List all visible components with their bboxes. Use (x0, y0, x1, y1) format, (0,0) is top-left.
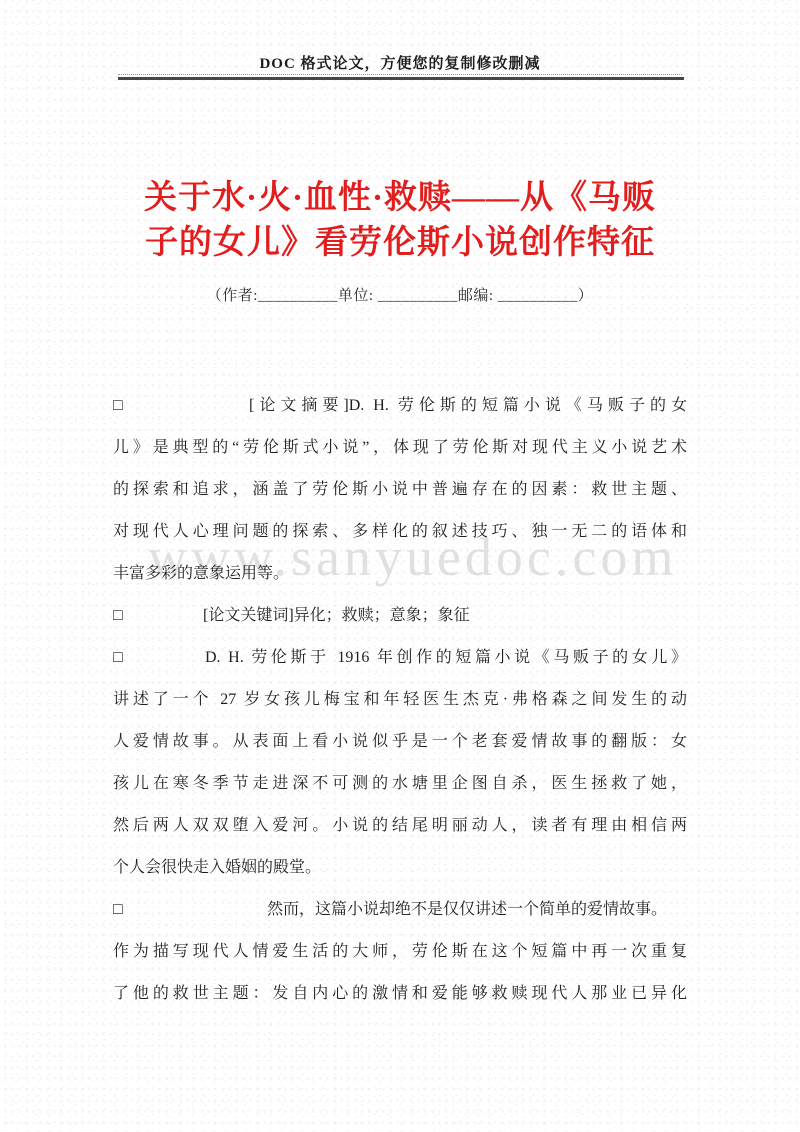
body-line: 孩儿在寒冬季节走进深不可测的水塘里企图自杀，医生拯救了她， (113, 763, 687, 805)
placeholder-box-glyph: □ (113, 595, 137, 637)
body-line: 个人会很快走入婚姻的殿堂。 (113, 847, 687, 889)
body-line-text: 然后两人双双堕入爱河。小说的结尾明丽动人，读者有理由相信两 (113, 817, 687, 834)
body-line-text: [论文摘要]D. H. 劳伦斯的短篇小说《马贩子的女 (249, 397, 687, 414)
paper-title-line-1: 关于水·火·血性·救赎——从《马贩 (0, 176, 800, 221)
header-rule-solid (118, 77, 684, 80)
body-line: 了他的救世主题：发自内心的激情和爱能够救赎现代人那业已异化 (113, 973, 687, 1015)
tab-space (137, 619, 203, 620)
body-line: 然后两人双双堕入爱河。小说的结尾明丽动人，读者有理由相信两 (113, 805, 687, 847)
body-line: 对现代人心理问题的探索、多样化的叙述技巧、独一无二的语体和 (113, 511, 687, 553)
placeholder-box-glyph: □ (113, 637, 137, 679)
body-text: □[论文摘要]D. H. 劳伦斯的短篇小说《马贩子的女儿》是典型的“劳伦斯式小说… (113, 385, 687, 1015)
placeholder-box-glyph: □ (113, 889, 137, 931)
tab-space (137, 913, 267, 914)
body-line-text: 讲述了一个 27 岁女孩儿梅宝和年轻医生杰克·弗格森之间发生的动 (113, 691, 687, 708)
body-line: □D. H. 劳伦斯于 1916 年创作的短篇小说《马贩子的女儿》 (113, 637, 687, 679)
body-line-text: 个人会很快走入婚姻的殿堂。 (113, 859, 321, 876)
header-rule-dotted (118, 74, 682, 75)
body-line: □[论文关键词]异化；救赎；意象；象征 (113, 595, 687, 637)
body-line-text: 然而，这篇小说却绝不是仅仅讲述一个简单的爱情故事。 (267, 901, 667, 918)
body-line: 的探索和追求，涵盖了劳伦斯小说中普遍存在的因素：救世主题、 (113, 469, 687, 511)
body-line-text: 对现代人心理问题的探索、多样化的叙述技巧、独一无二的语体和 (113, 523, 687, 540)
body-line-text: 的探索和追求，涵盖了劳伦斯小说中普遍存在的因素：救世主题、 (113, 481, 687, 498)
body-line: 儿》是典型的“劳伦斯式小说”，体现了劳伦斯对现代主义小说艺术 (113, 427, 687, 469)
placeholder-box-glyph: □ (113, 385, 137, 427)
body-line: 人爱情故事。从表面上看小说似乎是一个老套爱情故事的翻版：女 (113, 721, 687, 763)
body-line-text: 人爱情故事。从表面上看小说似乎是一个老套爱情故事的翻版：女 (113, 733, 687, 750)
author-affiliation-line: （作者:__________单位: __________邮编: ________… (0, 284, 800, 305)
body-line-text: D. H. 劳伦斯于 1916 年创作的短篇小说《马贩子的女儿》 (205, 649, 687, 666)
body-line: □然而，这篇小说却绝不是仅仅讲述一个简单的爱情故事。 (113, 889, 687, 931)
body-line-text: 作为描写现代人情爱生活的大师，劳伦斯在这个短篇中再一次重复 (113, 943, 687, 960)
paper-title-line-2: 子的女儿》看劳伦斯小说创作特征 (0, 221, 800, 266)
body-line-text: [论文关键词]异化；救赎；意象；象征 (203, 607, 470, 624)
body-line-text: 了他的救世主题：发自内心的激情和爱能够救赎现代人那业已异化 (113, 985, 687, 1002)
tab-space (137, 661, 205, 662)
header-note: DOC 格式论文，方便您的复制修改删减 (0, 52, 800, 73)
body-line: 丰富多彩的意象运用等。 (113, 553, 687, 595)
body-line: □[论文摘要]D. H. 劳伦斯的短篇小说《马贩子的女 (113, 385, 687, 427)
document-page: DOC 格式论文，方便您的复制修改删减 关于水·火·血性·救赎——从《马贩 子的… (0, 0, 800, 1132)
body-line-text: 孩儿在寒冬季节走进深不可测的水塘里企图自杀，医生拯救了她， (113, 775, 687, 792)
body-line: 作为描写现代人情爱生活的大师，劳伦斯在这个短篇中再一次重复 (113, 931, 687, 973)
body-line: 讲述了一个 27 岁女孩儿梅宝和年轻医生杰克·弗格森之间发生的动 (113, 679, 687, 721)
tab-space (137, 409, 249, 410)
body-line-text: 儿》是典型的“劳伦斯式小说”，体现了劳伦斯对现代主义小说艺术 (113, 439, 687, 456)
body-line-text: 丰富多彩的意象运用等。 (113, 565, 289, 582)
paper-title: 关于水·火·血性·救赎——从《马贩 子的女儿》看劳伦斯小说创作特征 (0, 176, 800, 266)
